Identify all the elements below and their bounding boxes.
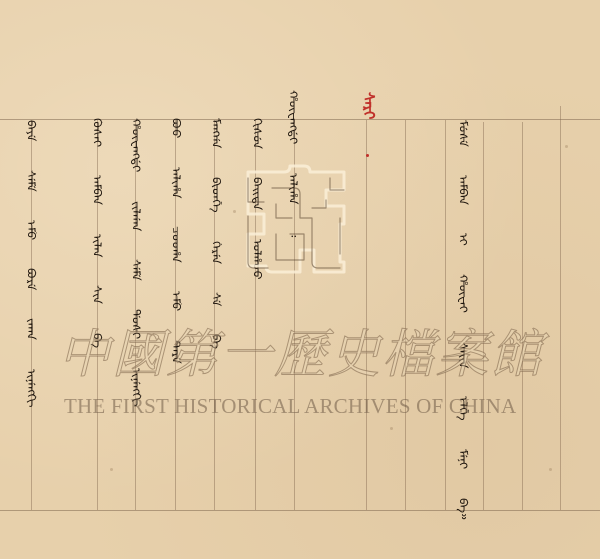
paper-speck xyxy=(549,468,552,471)
watermark-chinese: 中國第一歷史檔案館 xyxy=(58,322,548,388)
text-column-2: ᡤᡠᠰᠠᡳ ᠠᠮᠪᠠᠨ ᡳᠯᠠᠨ ᠰᡳᠨ ᠪᡝ xyxy=(86,118,106,510)
manchu-word: ᡥᡡᠸᠠᡳ xyxy=(454,274,471,313)
manchu-word: ᡥᡡᠸᠠᠩᡩᡳ xyxy=(284,90,301,144)
manchu-word: ᡝᠮᡠ xyxy=(22,220,39,240)
manchu-word: ᠪᡝ᠉ xyxy=(454,498,471,520)
text-column-1: ᠪᡝᠶᡝ ᠰᡝᠮᡝ ᡝᠮᡠ ᠪᡠᡵᡝ ᠵᠠᡴᠠ ᡳᠨᡝᠩᡤᡳ xyxy=(20,120,40,510)
manchu-word: ᡤᡳᠰᡠᠨ xyxy=(248,118,265,149)
manchu-word: ᡳ xyxy=(454,233,471,246)
manchu-word: ᠰᡝ xyxy=(207,292,224,306)
manchu-word: ᠵᠠᡴᠠ xyxy=(22,318,39,340)
red-ink-dot xyxy=(366,154,369,157)
manchu-word: ᡝᠮᡠ xyxy=(167,291,184,311)
paper-speck xyxy=(110,468,113,471)
manchu-word: ᠠᠯᡳᡥᠠ xyxy=(167,167,184,199)
manchu-word: ᡳᠨᡝᠩᡤᡳ xyxy=(22,369,39,408)
manchu-word: ᡤᡝᡵᡝᠨ xyxy=(207,241,224,264)
manchu-word: ᠰᡝᠮᡝ xyxy=(127,259,144,281)
paper-speck xyxy=(390,427,393,430)
text-column-5: ᠮᠠᠩᡤᠠ ᠪᡳᡨᡥᡝ ᡤᡝᡵᡝᠨ ᠰᡝ ᠪᡝ xyxy=(205,118,225,510)
column-rule xyxy=(560,106,561,510)
manchu-word: ᠪᡠᡵᡝ xyxy=(22,268,39,290)
manchu-word: ᠰᡝᠮᡝ xyxy=(22,170,39,192)
column-rule xyxy=(483,122,484,510)
manchu-word: ᠠᠮᠪᠠᠨ xyxy=(454,175,471,205)
manchu-word: ᡤᡠᠰᠠᡳ xyxy=(88,118,105,147)
manchu-word: ᡳᠯᠠᠨ xyxy=(88,234,105,258)
manchu-word: ᠴᠣᠣᡥᠠ xyxy=(167,226,184,263)
manchu-word: ᠪᡝᠶᡝ xyxy=(22,120,39,141)
manchu-word: ᠠᠮᠪᠠᠨ xyxy=(88,175,105,205)
paper-speck xyxy=(233,210,236,213)
manchu-word: ᠮᡠᠰᡝ xyxy=(454,120,471,147)
manchu-word: ᠪᡳᡨᡥᡝ xyxy=(207,177,224,213)
manchu-word: ᠵᡳᠯᡤᠠᠨ xyxy=(127,201,144,232)
text-column-4: ᠪᠣᠣ ᠠᠯᡳᡥᠠ ᠴᠣᠣᡥᠠ ᡝᠮᡠ ᡨᡝᡵᡝ xyxy=(165,118,185,510)
column-rule xyxy=(522,122,523,510)
paper-speck xyxy=(565,145,568,148)
column-rule xyxy=(366,120,367,510)
column-rule xyxy=(405,120,406,510)
red-ink-annotation: ᠰᠠᡵᡳ xyxy=(356,92,376,154)
manchu-word: ᠪᠣᠣ xyxy=(167,118,184,138)
bottom-frame-rule xyxy=(0,510,600,511)
text-column-3: ᡥᡡᠸᠠᠩᡩᡳ ᠵᡳᠯᡤᠠᠨ ᠰᡝᠮᡝ ᡩᠣᠰᡳ ᡳᠨᡝᠩᡤᡳ xyxy=(125,118,145,510)
manchu-word: ᡥᡡᠸᠠᠩᡩᡳ xyxy=(127,118,144,172)
manchu-word: ᠮᠠᠩᡤᠠ xyxy=(207,118,224,149)
manchu-word: ᠰᡳᠨ xyxy=(88,285,105,304)
text-column-8: ᠮᡠᠰᡝ ᠠᠮᠪᠠᠨ ᡳ ᡥᡡᠸᠠᡳ ᠰᠠᡳᠨ ᡝᠯᡥᡝ ᠮᡝᠨᡳ ᠪᡝ᠉ xyxy=(452,120,472,510)
archive-seal-icon xyxy=(228,154,362,288)
column-rule xyxy=(445,120,446,510)
watermark-english: THE FIRST HISTORICAL ARCHIVES OF CHINA xyxy=(64,393,544,419)
manchu-word: ᠮᡝᠨᡳ xyxy=(454,449,471,469)
